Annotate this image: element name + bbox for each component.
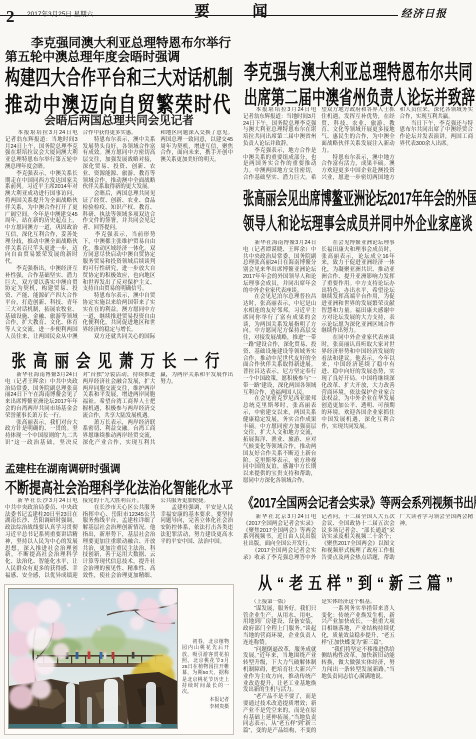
video-books-headline: 《2017全国两会记者会实录》等两会系列视频书出版	[243, 493, 473, 513]
photo-block: 初春，北京植物园内山桃花先后开放，吸引游客赏花拍照。北京桃花节3月25日在植物园…	[4, 584, 234, 735]
photo-frame	[8, 588, 178, 729]
lao-wu-yang-body: （上接第一版） “谋发展，服务好。我们只管企业生产，从用水、用电、用地到厂房建设…	[243, 599, 473, 737]
right-column: 李克强与澳大利亚总理特恩布尔共同 出席第二届中澳省州负责人论坛并致辞 本报堪培拉…	[243, 0, 473, 739]
right-top-body: 本报堪培拉3月24日电 记者翁东辉报道：当地时间3月24日下午，国务院总理李克强…	[243, 107, 473, 182]
xiao-headline: 张高丽会见萧万长一行	[5, 348, 233, 373]
lao-wu-yang-headline: 从“老五样”到“新三篇”	[243, 571, 473, 595]
meng-headline: 不断提高社会治理科学化法治化智能化水平	[5, 476, 233, 498]
photo-caption: 初春，北京植物园内山桃花先后开放，吸引游客赏花拍照。北京桃花节3月25日在植物园…	[178, 588, 230, 731]
newspaper-page: { "page": { "number": "2", "date": "2017…	[0, 0, 476, 739]
left-main-subhead: 会晤后两国总理共同会见记者	[5, 112, 233, 128]
boao-headline-line2: 领导人和论坛理事会成员并同中外企业家座谈	[243, 211, 473, 236]
meng-body: 新华社长沙3月24日电 中共中央政治局委员、中央政法委书记孟建柱20日至23日在…	[5, 498, 233, 580]
spring-blossoms-waterfall-photo	[9, 589, 177, 728]
photo-credit-line2: 李树贵摄	[182, 705, 229, 711]
photo-credit-line1: 本报记者	[182, 698, 229, 704]
boao-headline-line1: 张高丽会见出席博鳌亚洲论坛2017年年会的外国	[243, 186, 476, 211]
video-books-body: 新华社北京3月24日电 《2017全国两会记者会实录》《聚焦2017全国两会》等…	[243, 514, 473, 565]
left-column: 李克强同澳大利亚总理特恩布尔举行 第五轮中澳总理年度会晤时强调 构建四大合作平台…	[5, 0, 233, 739]
photo-caption-text: 初春，北京植物园内山桃花先后开放，吸引游客赏花拍照。北京桃花节3月25日在植物园…	[182, 640, 229, 697]
boao-body: 新华社海南博鳌3月24日电（记者谭谟晓、王晖余）中共中央政治局常委、国务院副总理…	[243, 240, 473, 488]
left-main-body: 本报堪培拉3月24日电 记者翁东辉报道：当地时间3月24日上午，国务院总理李克强…	[5, 130, 233, 341]
right-top-headline-line2: 出席第二届中澳省州负责人论坛并致辞	[244, 82, 475, 110]
xiao-body: 新华社海南博鳌3月24日电（记者王晖余）中共中央政治局常委、国务院副总理张高丽2…	[5, 372, 233, 450]
meng-kicker: 孟建柱在湖南调研时强调	[5, 461, 121, 476]
